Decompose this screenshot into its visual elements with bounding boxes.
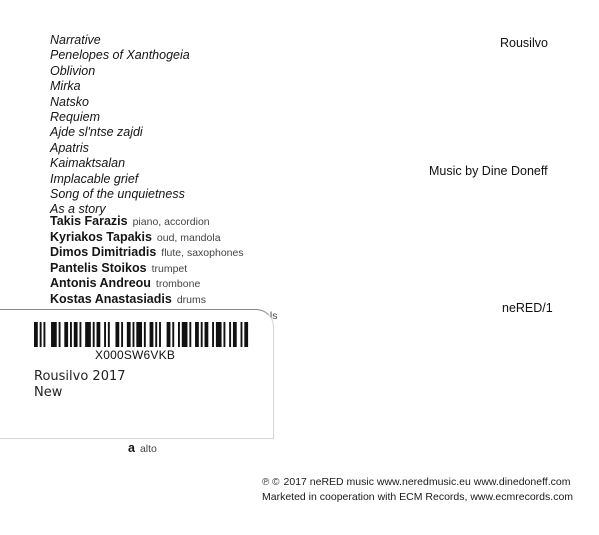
sticker-condition: New: [34, 385, 62, 401]
musician-row: Takis Farazispiano, accordion: [50, 214, 278, 230]
musician-instruments: oud, mandola: [157, 232, 221, 244]
musician-row: Kostas Anastasiadisdrums: [50, 292, 278, 308]
musician-name: Dimos Dimitriadis: [50, 245, 156, 259]
musician-instruments: trombone: [156, 278, 200, 290]
copyright-footer: ℗ ©2017 neRED music www.neredmusic.eu ww…: [262, 475, 573, 504]
sticker-title: Rousilvo 2017: [34, 369, 126, 385]
track-title: Kaimaktsalan: [50, 156, 190, 171]
musician-name: Antonis Andreou: [50, 276, 151, 290]
musician-instruments: alto: [140, 443, 157, 455]
musician-row: Pantelis Stoikostrumpet: [50, 261, 278, 277]
track-title: Mirka: [50, 79, 190, 94]
album-title: Rousilvo: [500, 36, 548, 50]
track-title: Natsko: [50, 95, 190, 110]
musician-row: Kyriakos Tapakisoud, mandola: [50, 230, 278, 246]
track-title: Requiem: [50, 110, 190, 125]
track-title: Implacable grief: [50, 172, 190, 187]
composer-credit: Music by Dine Doneff: [429, 164, 548, 178]
musician-row: aalto: [128, 440, 178, 457]
tracklist: NarrativePenelopes of XanthogeiaOblivion…: [50, 33, 190, 218]
footer-line-2: Marketed in cooperation with ECM Records…: [262, 490, 573, 504]
musician-row: Antonis Andreoutrombone: [50, 276, 278, 292]
musician-credits: Takis Farazispiano, accordionKyriakos Ta…: [50, 214, 278, 323]
track-title: Oblivion: [50, 64, 190, 79]
track-title: Song of the unquietness: [50, 187, 190, 202]
musician-instruments: trumpet: [152, 263, 188, 275]
track-title: Narrative: [50, 33, 190, 48]
track-title: Apatris: [50, 141, 190, 156]
musician-instruments: flute, saxophones: [161, 247, 243, 259]
barcode-text: X000SW6VKB: [95, 348, 175, 362]
musician-name: Kostas Anastasiadis: [50, 292, 172, 306]
barcode-icon: [34, 322, 250, 347]
track-title: Ajde sl'ntse zajdi: [50, 125, 190, 140]
catalog-number: neRED/1: [502, 301, 553, 315]
musician-name: Takis Farazis: [50, 214, 128, 228]
copyright-symbols: ℗ ©: [262, 477, 280, 488]
musician-name: Pantelis Stoikos: [50, 261, 147, 275]
musician-instruments: drums: [177, 294, 206, 306]
musician-name: a: [128, 441, 135, 455]
track-title: Penelopes of Xanthogeia: [50, 48, 190, 63]
footer-line-1: ℗ ©2017 neRED music www.neredmusic.eu ww…: [262, 475, 573, 490]
musician-instruments: piano, accordion: [133, 216, 210, 228]
musician-name: Kyriakos Tapakis: [50, 230, 152, 244]
barcode-sticker: X000SW6VKB Rousilvo 2017 New: [0, 309, 274, 439]
musician-row: Dimos Dimitriadisflute, saxophones: [50, 245, 278, 261]
